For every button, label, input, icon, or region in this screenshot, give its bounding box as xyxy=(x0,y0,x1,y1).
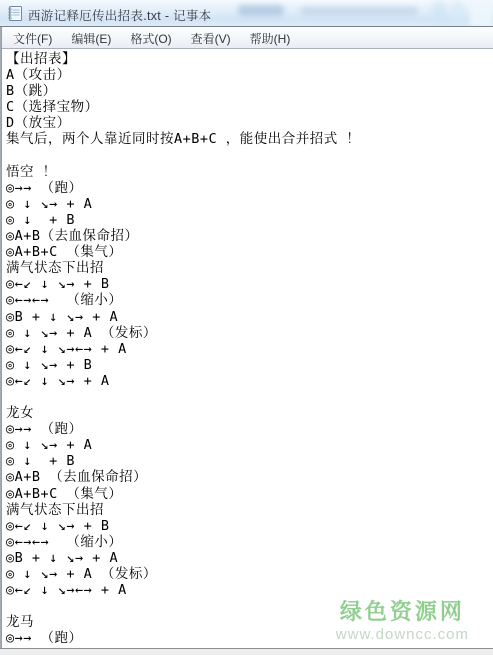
text-line: ◎B + ↓ ↘→ + A xyxy=(6,550,491,566)
menu-file[interactable]: 文件(F) xyxy=(5,28,60,49)
window-title: 西游记释厄传出招表.txt - 记事本 xyxy=(28,6,211,24)
text-line: ◎A+B（去血保命招） xyxy=(6,228,491,244)
text-line: D（放宝） xyxy=(6,115,491,131)
text-line: ◎→→ （跑） xyxy=(6,630,491,646)
text-line: 龙女 xyxy=(6,405,491,421)
title-bar[interactable]: 西游记释厄传出招表.txt - 记事本 xyxy=(0,0,493,27)
text-line xyxy=(6,598,491,614)
text-line: 满气状态下出招 xyxy=(6,502,491,518)
blurred-region xyxy=(300,7,418,15)
text-line: ◎←↙ ↓ ↘→←→ + A xyxy=(6,582,491,598)
text-line: ◎ ↓ ↘→ + A （发标） xyxy=(6,325,491,341)
text-line xyxy=(6,148,491,164)
text-editor-area[interactable]: 【出招表】A（攻击）B（跳）C（选择宝物）D（放宝）集气后，两个人靠近同时按A+… xyxy=(2,50,493,648)
text-line: ◎A+B （去血保命招） xyxy=(6,469,491,485)
text-line: 【出招表】 xyxy=(6,51,491,67)
text-line: ◎ ↓ ↘→ + A xyxy=(6,196,491,212)
text-line: ◎ ↓ ↘→ + B xyxy=(6,357,491,373)
text-line: 集气后，两个人靠近同时按A+B+C ，能使出合并招式 ！ xyxy=(6,131,491,147)
text-line: ◎ ↓ ↘→ + A （发标） xyxy=(6,566,491,582)
text-line: 龙马 xyxy=(6,614,491,630)
text-line: ◎B + ↓ ↘→ + A xyxy=(6,309,491,325)
text-line: B（跳） xyxy=(6,83,491,99)
menu-view[interactable]: 查看(V) xyxy=(183,28,239,49)
blurred-window-button xyxy=(432,1,446,26)
blurred-window-button xyxy=(470,0,493,27)
text-line: C（选择宝物） xyxy=(6,99,491,115)
text-line: ◎←↙ ↓ ↘→ + B xyxy=(6,518,491,534)
menu-edit[interactable]: 编辑(E) xyxy=(63,28,119,49)
text-line: ◎A+B+C （集气） xyxy=(6,486,491,502)
notepad-window: 西游记释厄传出招表.txt - 记事本 文件(F) 编辑(E) 格式(O) 查看… xyxy=(0,0,493,655)
text-line: ◎←↙ ↓ ↘→ + A xyxy=(6,373,491,389)
text-line: ◎→→ （跑） xyxy=(6,421,491,437)
blurred-window-button xyxy=(452,1,464,26)
text-line: ◎←↙ ↓ ↘→←→ + A xyxy=(6,341,491,357)
menu-help[interactable]: 帮助(H) xyxy=(242,28,299,49)
window-frame-bottom xyxy=(0,648,493,655)
text-line: ◎ ↓ + B xyxy=(6,212,491,228)
text-line: ◎ ↓ ↘→ + A xyxy=(6,437,491,453)
text-line: ◎A+B+C （集气） xyxy=(6,244,491,260)
text-line: ◎←→←→ （缩小） xyxy=(6,292,491,308)
blurred-region xyxy=(238,5,284,16)
notepad-icon xyxy=(6,5,23,22)
text-line xyxy=(6,389,491,405)
text-line: 悟空 ！ xyxy=(6,164,491,180)
menu-format[interactable]: 格式(O) xyxy=(122,28,179,49)
text-line: 满气状态下出招 xyxy=(6,260,491,276)
text-line: A（攻击） xyxy=(6,67,491,83)
text-line: ◎→→ （跑） xyxy=(6,180,491,196)
text-line: ◎ ↓ + B xyxy=(6,453,491,469)
text-line: ◎←↙ ↓ ↘→ + B xyxy=(6,276,491,292)
text-line: ◎←→←→ （缩小） xyxy=(6,534,491,550)
menu-bar: 文件(F) 编辑(E) 格式(O) 查看(V) 帮助(H) xyxy=(2,28,493,49)
